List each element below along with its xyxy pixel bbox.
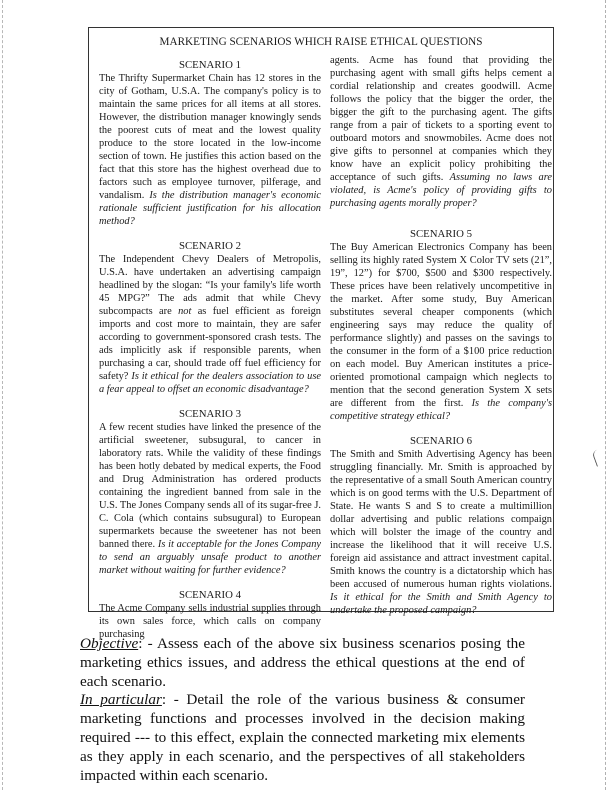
scenario-4-start: SCENARIO 4 The Acme Company sells indust… bbox=[99, 589, 321, 641]
scenario-body: agents. Acme has found that providing th… bbox=[330, 54, 552, 210]
scenario-text: The Smith and Smith Advertising Agency h… bbox=[330, 449, 552, 590]
scenario-text: The Buy American Electronics Company has… bbox=[330, 242, 552, 409]
scenario-body: A few recent studies have linked the pre… bbox=[99, 421, 321, 577]
assignment-instructions: Objective: - Assess each of the above si… bbox=[80, 635, 525, 785]
scenario-heading: SCENARIO 5 bbox=[330, 228, 552, 241]
scenario-body: The Thrifty Supermarket Chain has 12 sto… bbox=[99, 72, 321, 228]
left-column: SCENARIO 1 The Thrifty Supermarket Chain… bbox=[99, 59, 321, 641]
objective-label: Objective bbox=[80, 635, 138, 652]
scenario-heading: SCENARIO 6 bbox=[330, 435, 552, 448]
stray-pen-mark bbox=[591, 449, 603, 466]
objective-text: : - Assess each of the above six busines… bbox=[80, 635, 525, 690]
scenario-text: A few recent studies have linked the pre… bbox=[99, 422, 321, 550]
right-column: agents. Acme has found that providing th… bbox=[330, 54, 552, 617]
scenario-heading: SCENARIO 4 bbox=[99, 589, 321, 602]
scenario-3: SCENARIO 3 A few recent studies have lin… bbox=[99, 408, 321, 577]
objective-paragraph: Objective: - Assess each of the above si… bbox=[80, 635, 525, 691]
scenario-question: Is it ethical for the dealers associatio… bbox=[99, 371, 321, 395]
scenario-question: Is it ethical for the Smith and Smith Ag… bbox=[330, 592, 552, 616]
scenario-2: SCENARIO 2 The Independent Chevy Dealers… bbox=[99, 240, 321, 396]
scenario-body: The Independent Chevy Dealers of Metropo… bbox=[99, 253, 321, 396]
scenario-text: agents. Acme has found that providing th… bbox=[330, 55, 552, 183]
scenario-emphasis: not bbox=[178, 306, 191, 317]
particular-paragraph: In particular: - Detail the role of the … bbox=[80, 691, 525, 785]
scenario-5: SCENARIO 5 The Buy American Electronics … bbox=[330, 228, 552, 423]
scenario-heading: SCENARIO 1 bbox=[99, 59, 321, 72]
scenario-text: The Thrifty Supermarket Chain has 12 sto… bbox=[99, 73, 321, 201]
scan-edge-right bbox=[605, 0, 607, 790]
particular-label: In particular bbox=[80, 691, 162, 708]
scenario-1: SCENARIO 1 The Thrifty Supermarket Chain… bbox=[99, 59, 321, 228]
scenario-6: SCENARIO 6 The Smith and Smith Advertisi… bbox=[330, 435, 552, 617]
document-title: MARKETING SCENARIOS WHICH RAISE ETHICAL … bbox=[89, 36, 553, 48]
scenario-body: The Smith and Smith Advertising Agency h… bbox=[330, 448, 552, 617]
scenario-heading: SCENARIO 2 bbox=[99, 240, 321, 253]
scenario-4-continued: agents. Acme has found that providing th… bbox=[330, 54, 552, 210]
scenarios-box: MARKETING SCENARIOS WHICH RAISE ETHICAL … bbox=[88, 27, 554, 612]
scenario-body: The Buy American Electronics Company has… bbox=[330, 241, 552, 423]
scan-edge-left bbox=[2, 0, 4, 790]
scenario-heading: SCENARIO 3 bbox=[99, 408, 321, 421]
